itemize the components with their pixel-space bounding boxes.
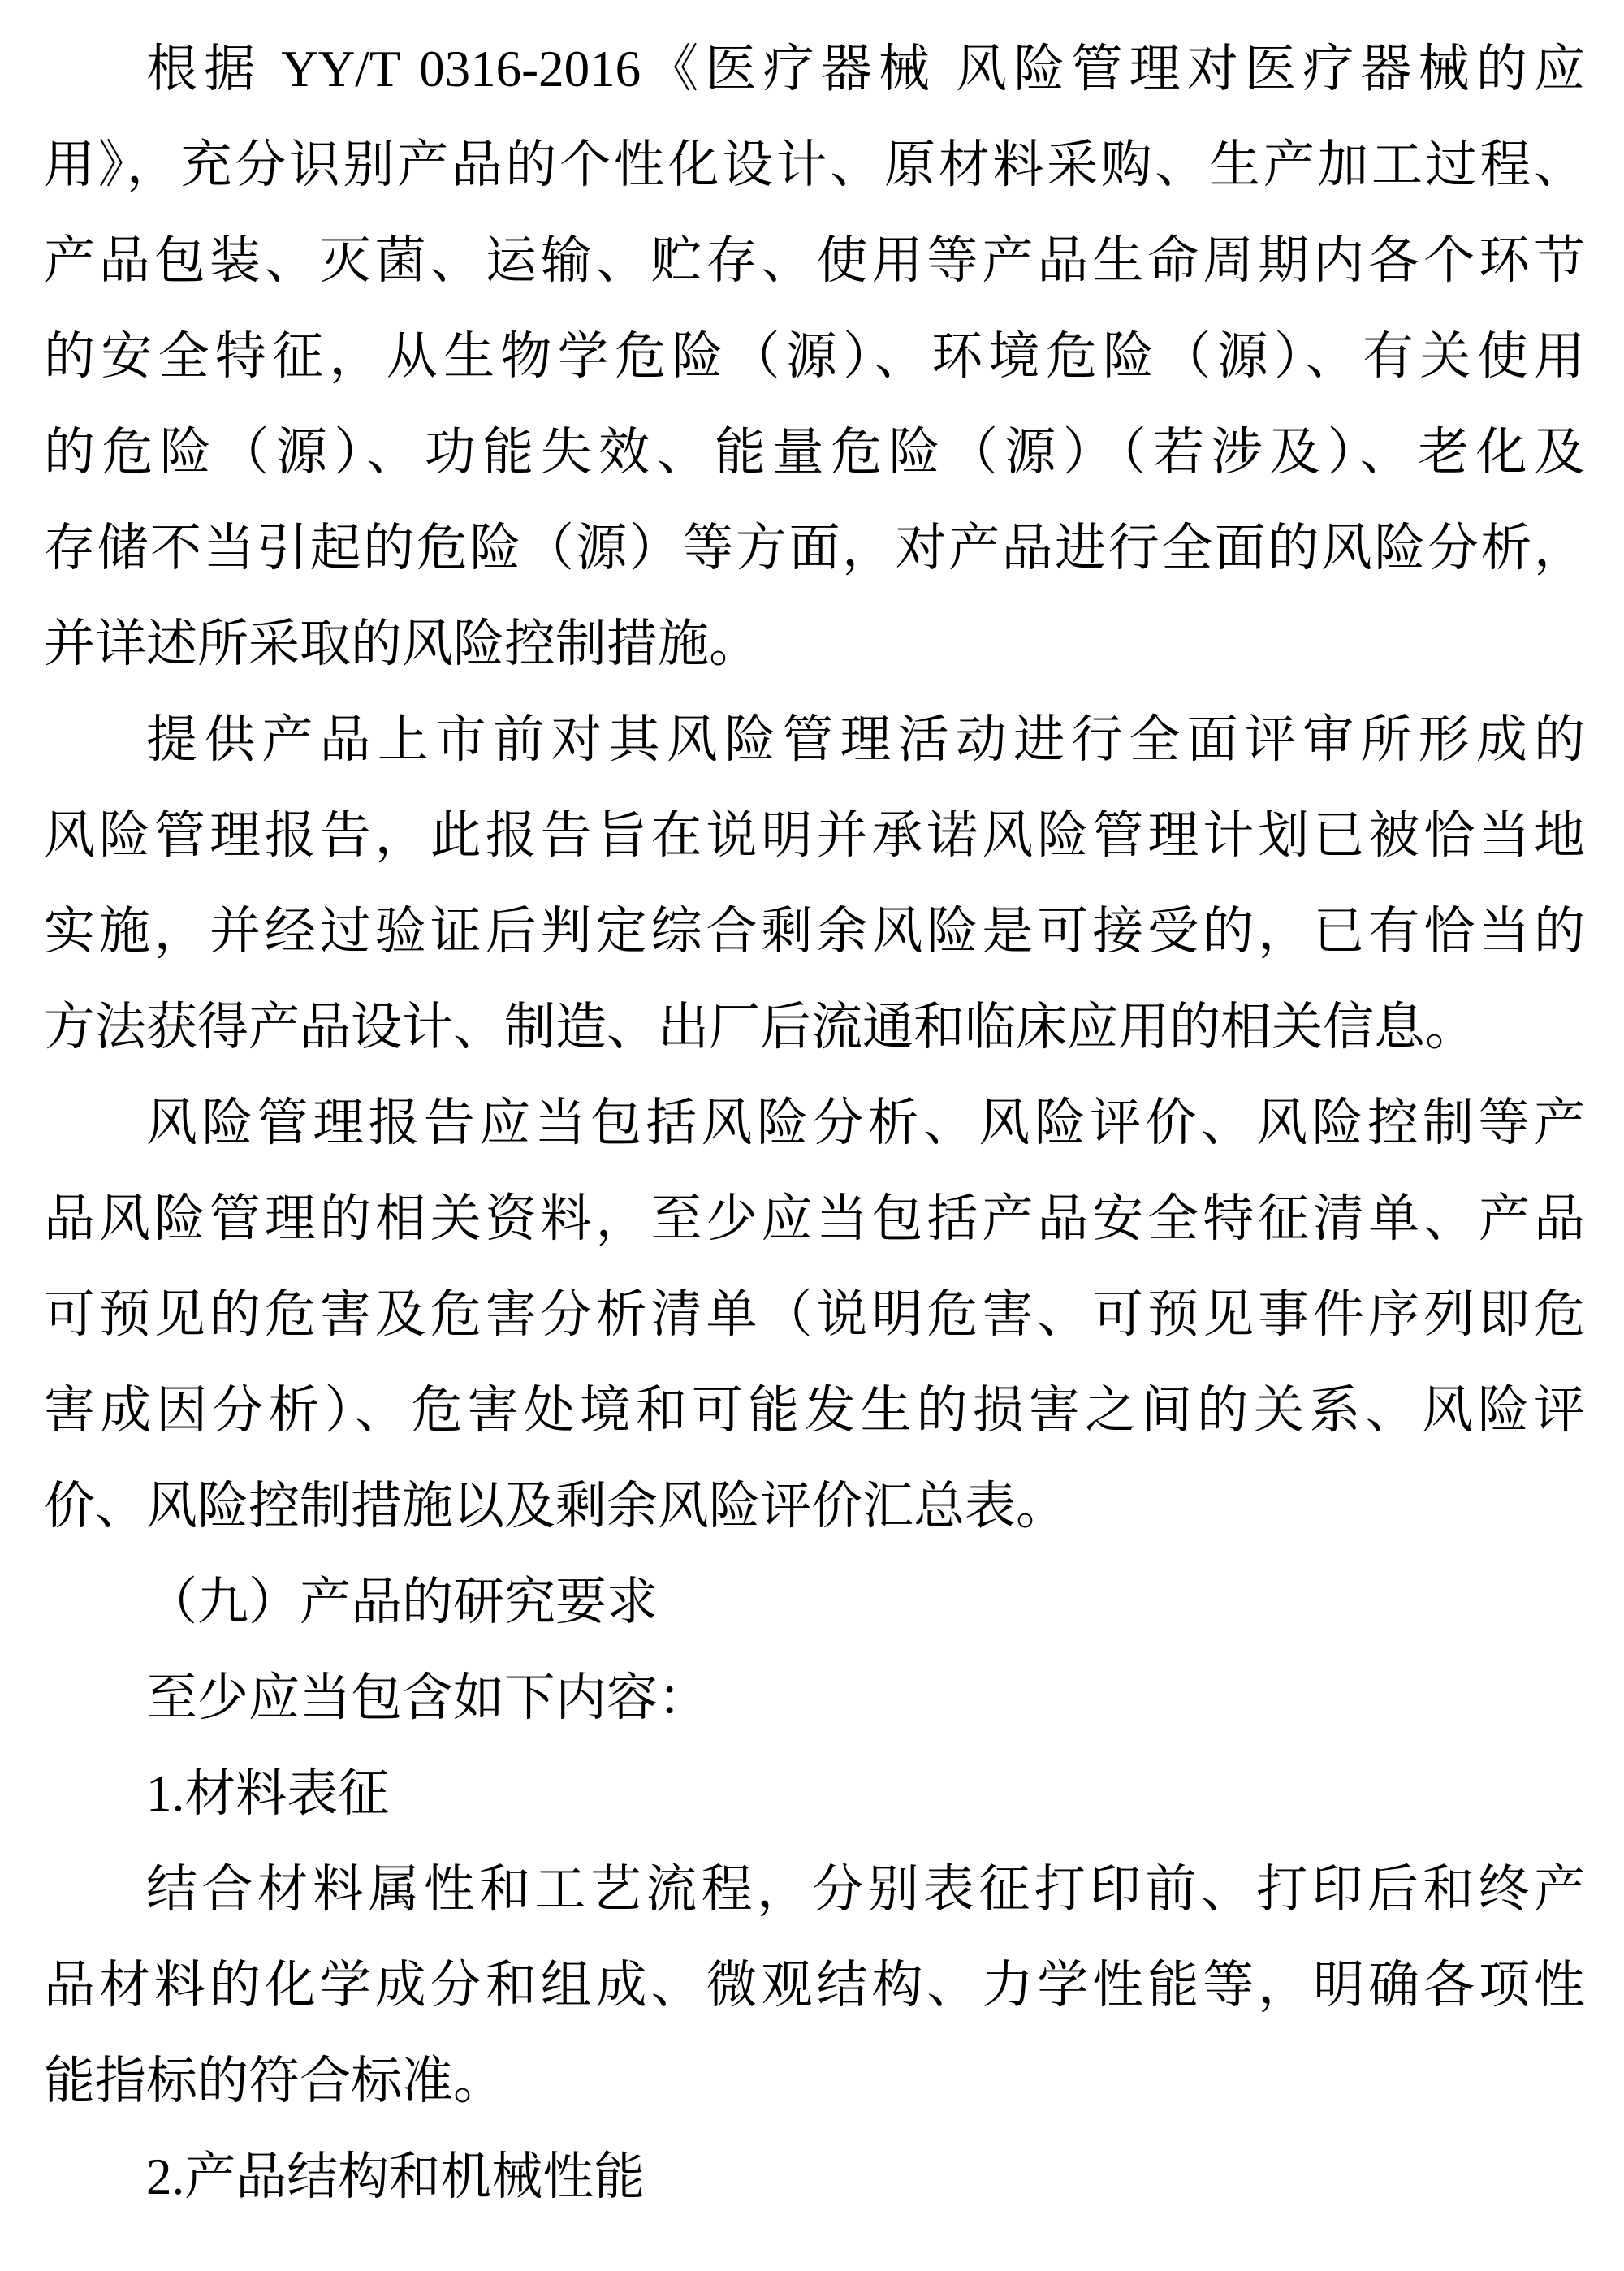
paragraph: 风险管理报告应当包括风险分析、风险评价、风险控制等产品风险管理的相关资料，至少应…: [44, 1075, 1585, 1554]
text-line: 至少应当包含如下内容：: [44, 1650, 1585, 1746]
text-line: （九）产品的研究要求: [44, 1554, 1585, 1650]
text-line: 存储不当引起的危险（源）等方面，对产品进行全面的风险分析，: [44, 500, 1585, 596]
text-line: 风险管理报告应当包括风险分析、风险评价、风险控制等产: [44, 1075, 1585, 1171]
text-line: 并详述所采取的风险控制措施。: [44, 596, 1585, 692]
paragraph: 根据 YY/T 0316-2016《医疗器械 风险管理对医疗器械的应用》，充分识…: [44, 21, 1585, 692]
text-line: 能指标的符合标准。: [44, 2033, 1585, 2129]
document-page: 根据 YY/T 0316-2016《医疗器械 风险管理对医疗器械的应用》，充分识…: [0, 0, 1624, 2271]
paragraph: 结合材料属性和工艺流程，分别表征打印前、打印后和终产品材料的化学成分和组成、微观…: [44, 1841, 1585, 2129]
text-line: 害成因分析）、危害处境和可能发生的损害之间的关系、风险评: [44, 1362, 1585, 1458]
text-line: 实施，并经过验证后判定综合剩余风险是可接受的，已有恰当的: [44, 883, 1585, 979]
paragraph: 提供产品上市前对其风险管理活动进行全面评审所形成的风险管理报告，此报告旨在说明并…: [44, 692, 1585, 1075]
paragraph: 至少应当包含如下内容：: [44, 1650, 1585, 1746]
text-line: 的危险（源）、功能失效、能量危险（源）（若涉及）、老化及: [44, 404, 1585, 500]
text-line: 2.产品结构和机械性能: [44, 2129, 1585, 2225]
text-line: 可预见的危害及危害分析清单（说明危害、可预见事件序列即危: [44, 1267, 1585, 1362]
text-line: 的安全特征，从生物学危险（源）、环境危险（源）、有关使用: [44, 309, 1585, 404]
text-line: 1.材料表征: [44, 1746, 1585, 1841]
paragraph: 2.产品结构和机械性能: [44, 2129, 1585, 2225]
paragraph: 1.材料表征: [44, 1746, 1585, 1841]
text-line: 产品包装、灭菌、运输、贮存、使用等产品生命周期内各个环节: [44, 213, 1585, 309]
text-line: 提供产品上市前对其风险管理活动进行全面评审所形成的: [44, 692, 1585, 788]
text-line: 价、风险控制措施以及剩余风险评价汇总表。: [44, 1458, 1585, 1554]
text-line: 方法获得产品设计、制造、出厂后流通和临床应用的相关信息。: [44, 979, 1585, 1075]
text-line: 品材料的化学成分和组成、微观结构、力学性能等，明确各项性: [44, 1937, 1585, 2033]
text-line: 用》，充分识别产品的个性化设计、原材料采购、生产加工过程、: [44, 117, 1585, 213]
document-body: 根据 YY/T 0316-2016《医疗器械 风险管理对医疗器械的应用》，充分识…: [0, 0, 1624, 2225]
text-line: 品风险管理的相关资料，至少应当包括产品安全特征清单、产品: [44, 1171, 1585, 1267]
text-line: 结合材料属性和工艺流程，分别表征打印前、打印后和终产: [44, 1841, 1585, 1937]
paragraph: （九）产品的研究要求: [44, 1554, 1585, 1650]
text-line: 风险管理报告，此报告旨在说明并承诺风险管理计划已被恰当地: [44, 788, 1585, 883]
text-line: 根据 YY/T 0316-2016《医疗器械 风险管理对医疗器械的应: [44, 21, 1585, 117]
